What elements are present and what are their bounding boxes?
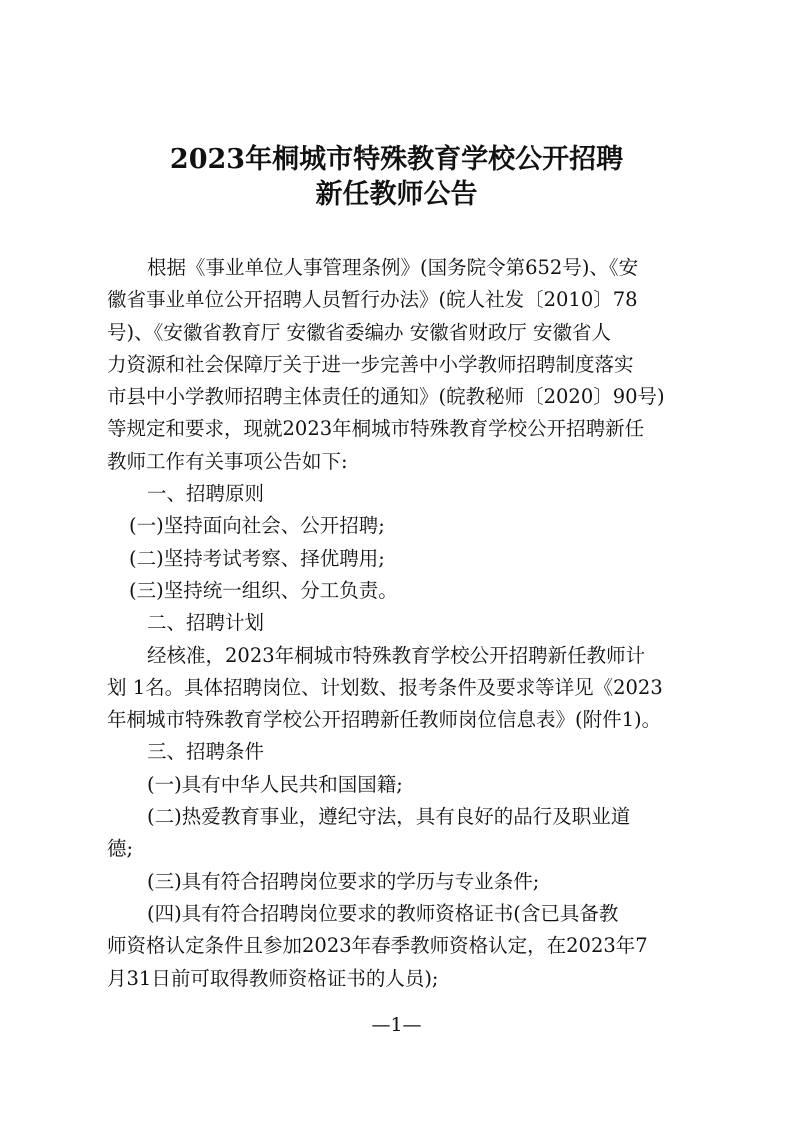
list-item: (二)热爱教育事业，遵纪守法，具有良好的品行及职业道 xyxy=(107,801,691,833)
paragraph-line: 号)、《安徽省教育厅 安徽省委编办 安徽省财政厅 安徽省人 xyxy=(107,317,691,349)
paragraph-line: 德; xyxy=(107,833,691,865)
paragraph-line: 教师工作有关事项公告如下: xyxy=(107,446,691,478)
section-heading-conditions: 三、招聘条件 xyxy=(107,736,691,768)
paragraph-line: 力资源和社会保障厅关于进一步完善中小学教师招聘制度落实 xyxy=(107,349,691,381)
paragraph-line: 经核准，2023年桐城市特殊教育学校公开招聘新任教师计 xyxy=(107,640,691,672)
paragraph-line: 徽省事业单位公开招聘人员暂行办法》(皖人社发〔2010〕78 xyxy=(107,284,691,316)
document-title-line-1: 2023年桐城市特殊教育学校公开招聘 xyxy=(0,143,793,177)
paragraph-line: 划 1名。具体招聘岗位、计划数、报考条件及要求等详见《2023 xyxy=(107,672,691,704)
list-item: (三)具有符合招聘岗位要求的学历与专业条件; xyxy=(107,866,691,898)
list-item: (一)坚持面向社会、公开招聘; xyxy=(107,510,691,542)
paragraph-line: 月31日前可取得教师资格证书的人员); xyxy=(107,963,691,995)
paragraph-line: 等规定和要求，现就2023年桐城市特殊教育学校公开招聘新任 xyxy=(107,413,691,445)
section-heading-principles: 一、招聘原则 xyxy=(107,478,691,510)
paragraph-line: 市县中小学教师招聘主体责任的通知》(皖教秘师〔2020〕90号) xyxy=(107,381,691,413)
paragraph-line: 师资格认定条件且参加2023年春季教师资格认定，在2023年7 xyxy=(107,930,691,962)
list-item: (一)具有中华人民共和国国籍; xyxy=(107,769,691,801)
paragraph-line: 根据《事业单位人事管理条例》(国务院令第652号)、《安 xyxy=(107,252,691,284)
paragraph-line: 年桐城市特殊教育学校公开招聘新任教师岗位信息表》(附件1)。 xyxy=(107,704,691,736)
list-item: (三)坚持统一组织、分工负责。 xyxy=(107,575,691,607)
page-number: —1— xyxy=(0,1014,793,1036)
document-body: 根据《事业单位人事管理条例》(国务院令第652号)、《安 徽省事业单位公开招聘人… xyxy=(107,252,691,995)
document-title-line-2: 新任教师公告 xyxy=(0,178,793,212)
list-item: (四)具有符合招聘岗位要求的教师资格证书(含已具备教 xyxy=(107,898,691,930)
section-heading-plan: 二、招聘计划 xyxy=(107,607,691,639)
list-item: (二)坚持考试考察、择优聘用; xyxy=(107,543,691,575)
